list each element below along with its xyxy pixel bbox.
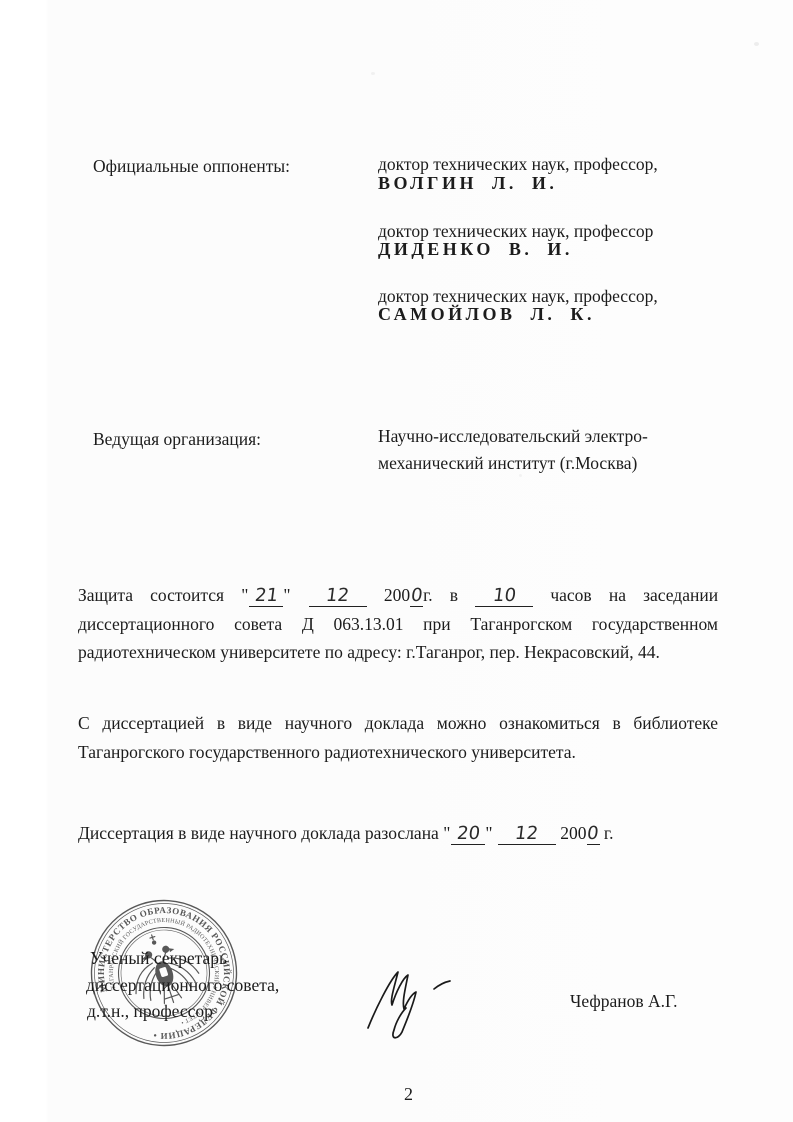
signature: [340, 950, 470, 1045]
secretary-role-line3: д.т.н., профессор: [87, 1001, 213, 1022]
handwritten-month: 12: [325, 586, 350, 606]
opponents-label: Официальные оппоненты:: [93, 153, 290, 180]
year-blank: 0: [410, 585, 423, 607]
university-seal-stamp: МИНИСТЕРСТВО ОБРАЗОВАНИЯ РОССИЙСКОЙ ФЕДЕ…: [86, 895, 242, 1051]
year-suffix: г.: [423, 585, 433, 605]
quote-open: ": [241, 585, 249, 605]
month-blank: 12: [498, 823, 556, 845]
signer-name: Чефранов А.Г.: [570, 988, 678, 1015]
defense-in-word: в: [450, 585, 458, 605]
handwritten-year-digit: 0: [410, 586, 424, 606]
secretary-role-line1: Ученый секретарь: [90, 948, 227, 969]
year-suffix: г.: [604, 823, 614, 843]
quote-close: ": [485, 823, 493, 843]
opponent-name: ВОЛГИН Л. И.: [378, 173, 557, 194]
hour-blank: 10: [475, 585, 533, 607]
handwritten-year-digit: 0: [586, 824, 600, 844]
day-blank: 20: [451, 823, 485, 845]
scan-speck: [371, 72, 375, 75]
opponent-name: САМОЙЛОВ Л. К.: [378, 304, 595, 325]
handwritten-hour: 10: [492, 586, 517, 606]
document-page: Официальные оппоненты: доктор технически…: [0, 0, 793, 1122]
opponent-name: ДИДЕНКО В. И.: [378, 239, 573, 260]
library-paragraph: С диссертацией в виде научного доклада м…: [78, 709, 718, 766]
quote-open: ": [443, 823, 451, 843]
day-blank: 21: [249, 585, 283, 607]
quote-close: ": [283, 585, 291, 605]
year-typed: 200: [560, 823, 586, 843]
mailed-paragraph: Диссертация в виде научного доклада разо…: [78, 819, 613, 848]
leading-org-line2: механический институт (г.Москва): [378, 450, 637, 477]
defense-prefix: Защита состоится: [78, 585, 224, 605]
page-number: 2: [404, 1084, 413, 1105]
handwritten-month: 12: [514, 824, 539, 844]
year-typed: 200: [384, 585, 410, 605]
secretary-role-line2: диссертационного совета,: [86, 975, 279, 996]
leading-org-line1: Научно-исследовательский электро-: [378, 423, 648, 450]
leading-org-label: Ведущая организация:: [93, 426, 261, 453]
handwritten-day: 21: [254, 586, 279, 606]
month-blank: 12: [309, 585, 367, 607]
year-blank: 0: [587, 823, 600, 845]
scan-speck: [754, 42, 759, 46]
mailed-prefix: Диссертация в виде научного доклада разо…: [78, 823, 439, 843]
handwritten-day: 20: [456, 824, 481, 844]
defense-paragraph: Защита состоится "21" 12 2000г. в 10 час…: [78, 581, 718, 667]
